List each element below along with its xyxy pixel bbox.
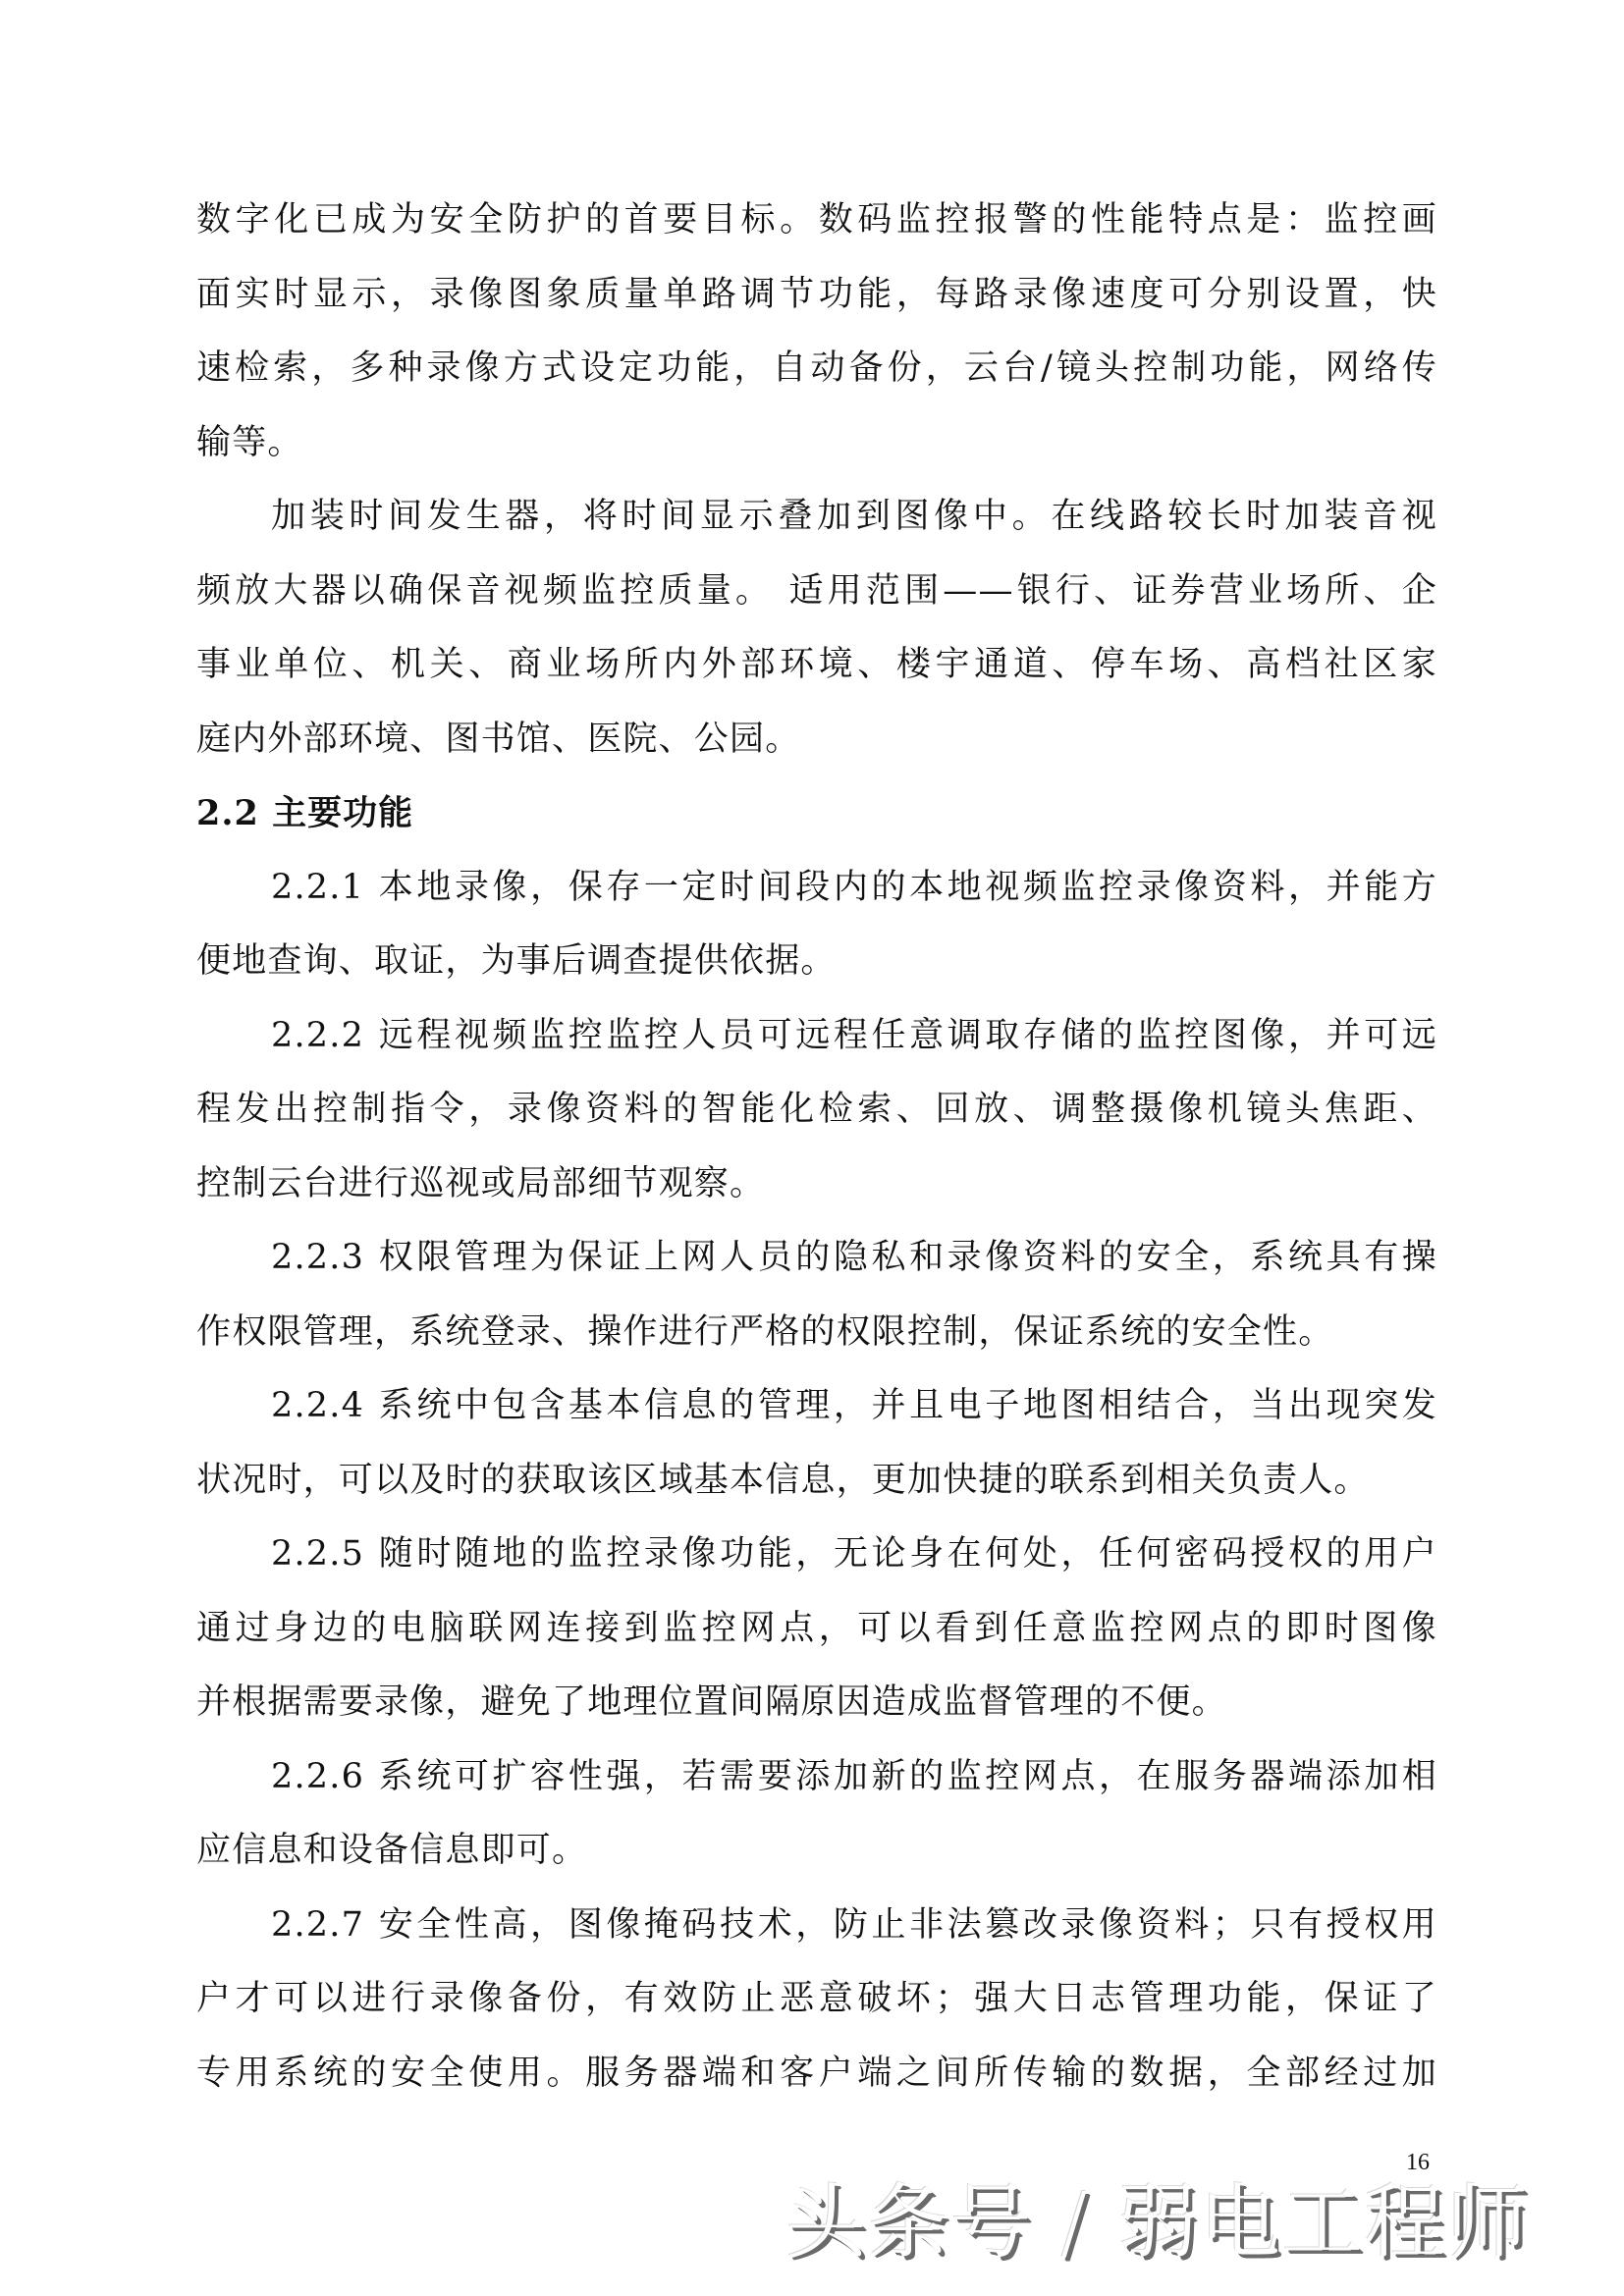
- text-line: 控制云台进行巡视或局部细节观察。: [196, 1148, 1437, 1222]
- paragraph-scope: 加装时间发生器，将时间显示叠加到图像中。在线路较长时加装音视 频放大器以确保音视…: [196, 480, 1437, 776]
- text-line: 速检索，多种录像方式设定功能，自动备份，云台/镜头控制功能，网络传: [196, 332, 1437, 406]
- paragraph-continuation: 数字化已成为安全防护的首要目标。数码监控报警的性能特点是：监控画 面实时显示，录…: [196, 184, 1437, 480]
- text-line: 2.2.5 随时随地的监控录像功能，无论身在何处，任何密码授权的用户: [196, 1518, 1437, 1592]
- text-line: 通过身边的电脑联网连接到监控网点，可以看到任意监控网点的即时图像: [196, 1592, 1437, 1667]
- paragraph-2-2-4: 2.2.4 系统中包含基本信息的管理，并且电子地图相结合，当出现突发 状况时，可…: [196, 1369, 1437, 1518]
- paragraph-2-2-1: 2.2.1 本地录像，保存一定时间段内的本地视频监控录像资料，并能方 便地查询、…: [196, 851, 1437, 999]
- text-line: 状况时，可以及时的获取该区域基本信息，更加快捷的联系到相关负责人。: [196, 1444, 1437, 1519]
- watermark: 头条号 / 弱电工程师: [785, 2169, 1591, 2277]
- text-line: 户才可以进行录像备份，有效防止恶意破坏；强大日志管理功能，保证了: [196, 1962, 1437, 2037]
- text-line: 2.2.1 本地录像，保存一定时间段内的本地视频监控录像资料，并能方: [196, 851, 1437, 926]
- paragraph-2-2-7: 2.2.7 安全性高，图像掩码技术，防止非法篡改录像资料；只有授权用 户才可以进…: [196, 1889, 1437, 2111]
- text-line: 面实时显示，录像图象质量单路调节功能，每路录像速度可分别设置，快: [196, 258, 1437, 333]
- text-line: 庭内外部环境、图书馆、医院、公园。: [196, 703, 1437, 777]
- text-line: 专用系统的安全使用。服务器端和客户端之间所传输的数据，全部经过加: [196, 2037, 1437, 2111]
- text-line: 加装时间发生器，将时间显示叠加到图像中。在线路较长时加装音视: [196, 480, 1437, 555]
- body-text: 数字化已成为安全防护的首要目标。数码监控报警的性能特点是：监控画 面实时显示，录…: [196, 184, 1437, 2110]
- section-heading: 2.2 主要功能: [196, 776, 1437, 851]
- paragraph-2-2-6: 2.2.6 系统可扩容性强，若需要添加新的监控网点，在服务器端添加相 应信息和设…: [196, 1740, 1437, 1889]
- text-line: 2.2.4 系统中包含基本信息的管理，并且电子地图相结合，当出现突发: [196, 1369, 1437, 1444]
- text-line: 2.2.3 权限管理为保证上网人员的隐私和录像资料的安全，系统具有操: [196, 1221, 1437, 1296]
- document-page: 数字化已成为安全防护的首要目标。数码监控报警的性能特点是：监控画 面实时显示，录…: [0, 0, 1624, 2296]
- text-line: 频放大器以确保音视频监控质量。 适用范围——银行、证券营业场所、企: [196, 555, 1437, 629]
- text-line: 数字化已成为安全防护的首要目标。数码监控报警的性能特点是：监控画: [196, 184, 1437, 258]
- text-line: 便地查询、取证，为事后调查提供依据。: [196, 925, 1437, 999]
- text-line: 事业单位、机关、商业场所内外部环境、楼宇通道、停车场、高档社区家: [196, 628, 1437, 703]
- text-line: 作权限管理，系统登录、操作进行严格的权限控制，保证系统的安全性。: [196, 1296, 1437, 1370]
- text-line: 程发出控制指令，录像资料的智能化检索、回放、调整摄像机镜头焦距、: [196, 1073, 1437, 1148]
- text-line: 2.2.6 系统可扩容性强，若需要添加新的监控网点，在服务器端添加相: [196, 1740, 1437, 1815]
- text-line: 应信息和设备信息即可。: [196, 1814, 1437, 1889]
- text-line: 输等。: [196, 406, 1437, 481]
- text-line: 并根据需要录像，避免了地理位置间隔原因造成监督管理的不便。: [196, 1666, 1437, 1740]
- text-line: 2.2.7 安全性高，图像掩码技术，防止非法篡改录像资料；只有授权用: [196, 1889, 1437, 1963]
- paragraph-2-2-2: 2.2.2 远程视频监控监控人员可远程任意调取存储的监控图像，并可远 程发出控制…: [196, 999, 1437, 1222]
- paragraph-2-2-5: 2.2.5 随时随地的监控录像功能，无论身在何处，任何密码授权的用户 通过身边的…: [196, 1518, 1437, 1740]
- paragraph-2-2-3: 2.2.3 权限管理为保证上网人员的隐私和录像资料的安全，系统具有操 作权限管理…: [196, 1221, 1437, 1369]
- text-line: 2.2.2 远程视频监控监控人员可远程任意调取存储的监控图像，并可远: [196, 999, 1437, 1074]
